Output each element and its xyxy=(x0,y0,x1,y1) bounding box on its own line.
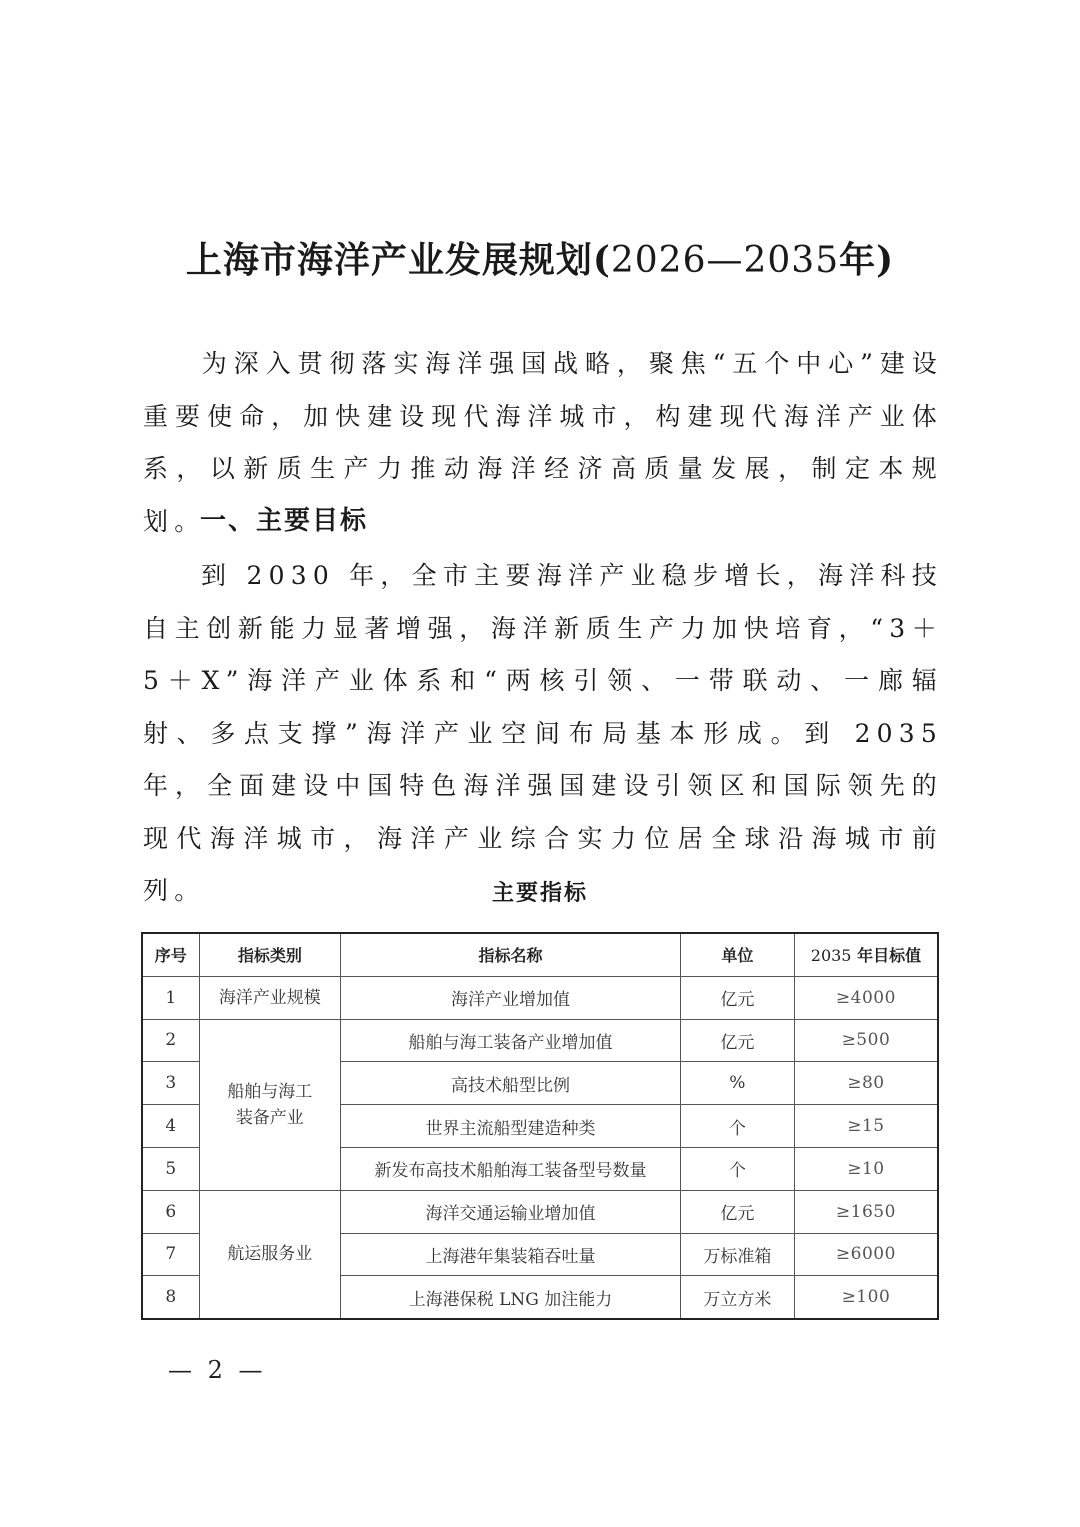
row-no: 7 xyxy=(142,1233,199,1276)
row-unit: 万立方米 xyxy=(680,1276,794,1319)
row-target: ≥1650 xyxy=(794,1190,938,1233)
table-row: 2 船舶与海工装备产业 船舶与海工装备产业增加值 亿元 ≥500 xyxy=(142,1019,938,1062)
row-name: 船舶与海工装备产业增加值 xyxy=(341,1019,681,1062)
row-category: 船舶与海工装备产业 xyxy=(199,1019,341,1190)
title-years: 2026—2035 xyxy=(611,240,839,281)
row-no: 3 xyxy=(142,1062,199,1105)
row-unit: 万标准箱 xyxy=(680,1233,794,1276)
row-name: 上海港年集装箱吞吐量 xyxy=(341,1233,681,1276)
header-no: 序号 xyxy=(142,933,199,976)
row-target: ≥10 xyxy=(794,1147,938,1190)
title-tail: 年) xyxy=(839,239,894,281)
row-target: ≥4000 xyxy=(794,976,938,1019)
row-target: ≥100 xyxy=(794,1276,938,1319)
goals-paragraph: 到 2030 年，全市主要海洋产业稳步增长，海洋科技自主创新能力显著增强，海洋新… xyxy=(143,550,943,918)
row-target: ≥6000 xyxy=(794,1233,938,1276)
row-category: 航运服务业 xyxy=(199,1190,341,1319)
row-no: 8 xyxy=(142,1276,199,1319)
row-target: ≥80 xyxy=(794,1062,938,1105)
row-no: 1 xyxy=(142,976,199,1019)
section-heading: 一、主要目标 xyxy=(200,500,368,537)
header-name: 指标名称 xyxy=(341,933,681,976)
table-title: 主要指标 xyxy=(0,876,1080,907)
page-number: — 2 — xyxy=(168,1356,267,1384)
row-no: 4 xyxy=(142,1105,199,1148)
row-name: 高技术船型比例 xyxy=(341,1062,681,1105)
row-category: 海洋产业规模 xyxy=(199,976,341,1019)
table-row: 6 航运服务业 海洋交通运输业增加值 亿元 ≥1650 xyxy=(142,1190,938,1233)
header-target: 2035 年目标值 xyxy=(794,933,938,976)
title-main: 上海市海洋产业发展规划( xyxy=(186,239,611,281)
row-unit: % xyxy=(680,1062,794,1105)
row-name: 海洋交通运输业增加值 xyxy=(341,1190,681,1233)
header-category: 指标类别 xyxy=(199,933,341,976)
row-name: 上海港保税 LNG 加注能力 xyxy=(341,1276,681,1319)
table-row: 1 海洋产业规模 海洋产业增加值 亿元 ≥4000 xyxy=(142,976,938,1019)
header-unit: 单位 xyxy=(680,933,794,976)
row-unit: 个 xyxy=(680,1105,794,1148)
row-no: 2 xyxy=(142,1019,199,1062)
row-no: 6 xyxy=(142,1190,199,1233)
indicators-table: 序号 指标类别 指标名称 单位 2035 年目标值 1 海洋产业规模 海洋产业增… xyxy=(141,932,939,1320)
row-unit: 亿元 xyxy=(680,1190,794,1233)
row-unit: 亿元 xyxy=(680,976,794,1019)
table-header-row: 序号 指标类别 指标名称 单位 2035 年目标值 xyxy=(142,933,938,976)
row-target: ≥15 xyxy=(794,1105,938,1148)
row-name: 世界主流船型建造种类 xyxy=(341,1105,681,1148)
row-name: 海洋产业增加值 xyxy=(341,976,681,1019)
row-target: ≥500 xyxy=(794,1019,938,1062)
row-no: 5 xyxy=(142,1147,199,1190)
goals-text: 到 2030 年，全市主要海洋产业稳步增长，海洋科技自主创新能力显著增强，海洋新… xyxy=(143,561,943,905)
row-name: 新发布高技术船舶海工装备型号数量 xyxy=(341,1147,681,1190)
row-unit: 亿元 xyxy=(680,1019,794,1062)
document-title: 上海市海洋产业发展规划(2026—2035年) xyxy=(0,232,1080,283)
row-unit: 个 xyxy=(680,1147,794,1190)
